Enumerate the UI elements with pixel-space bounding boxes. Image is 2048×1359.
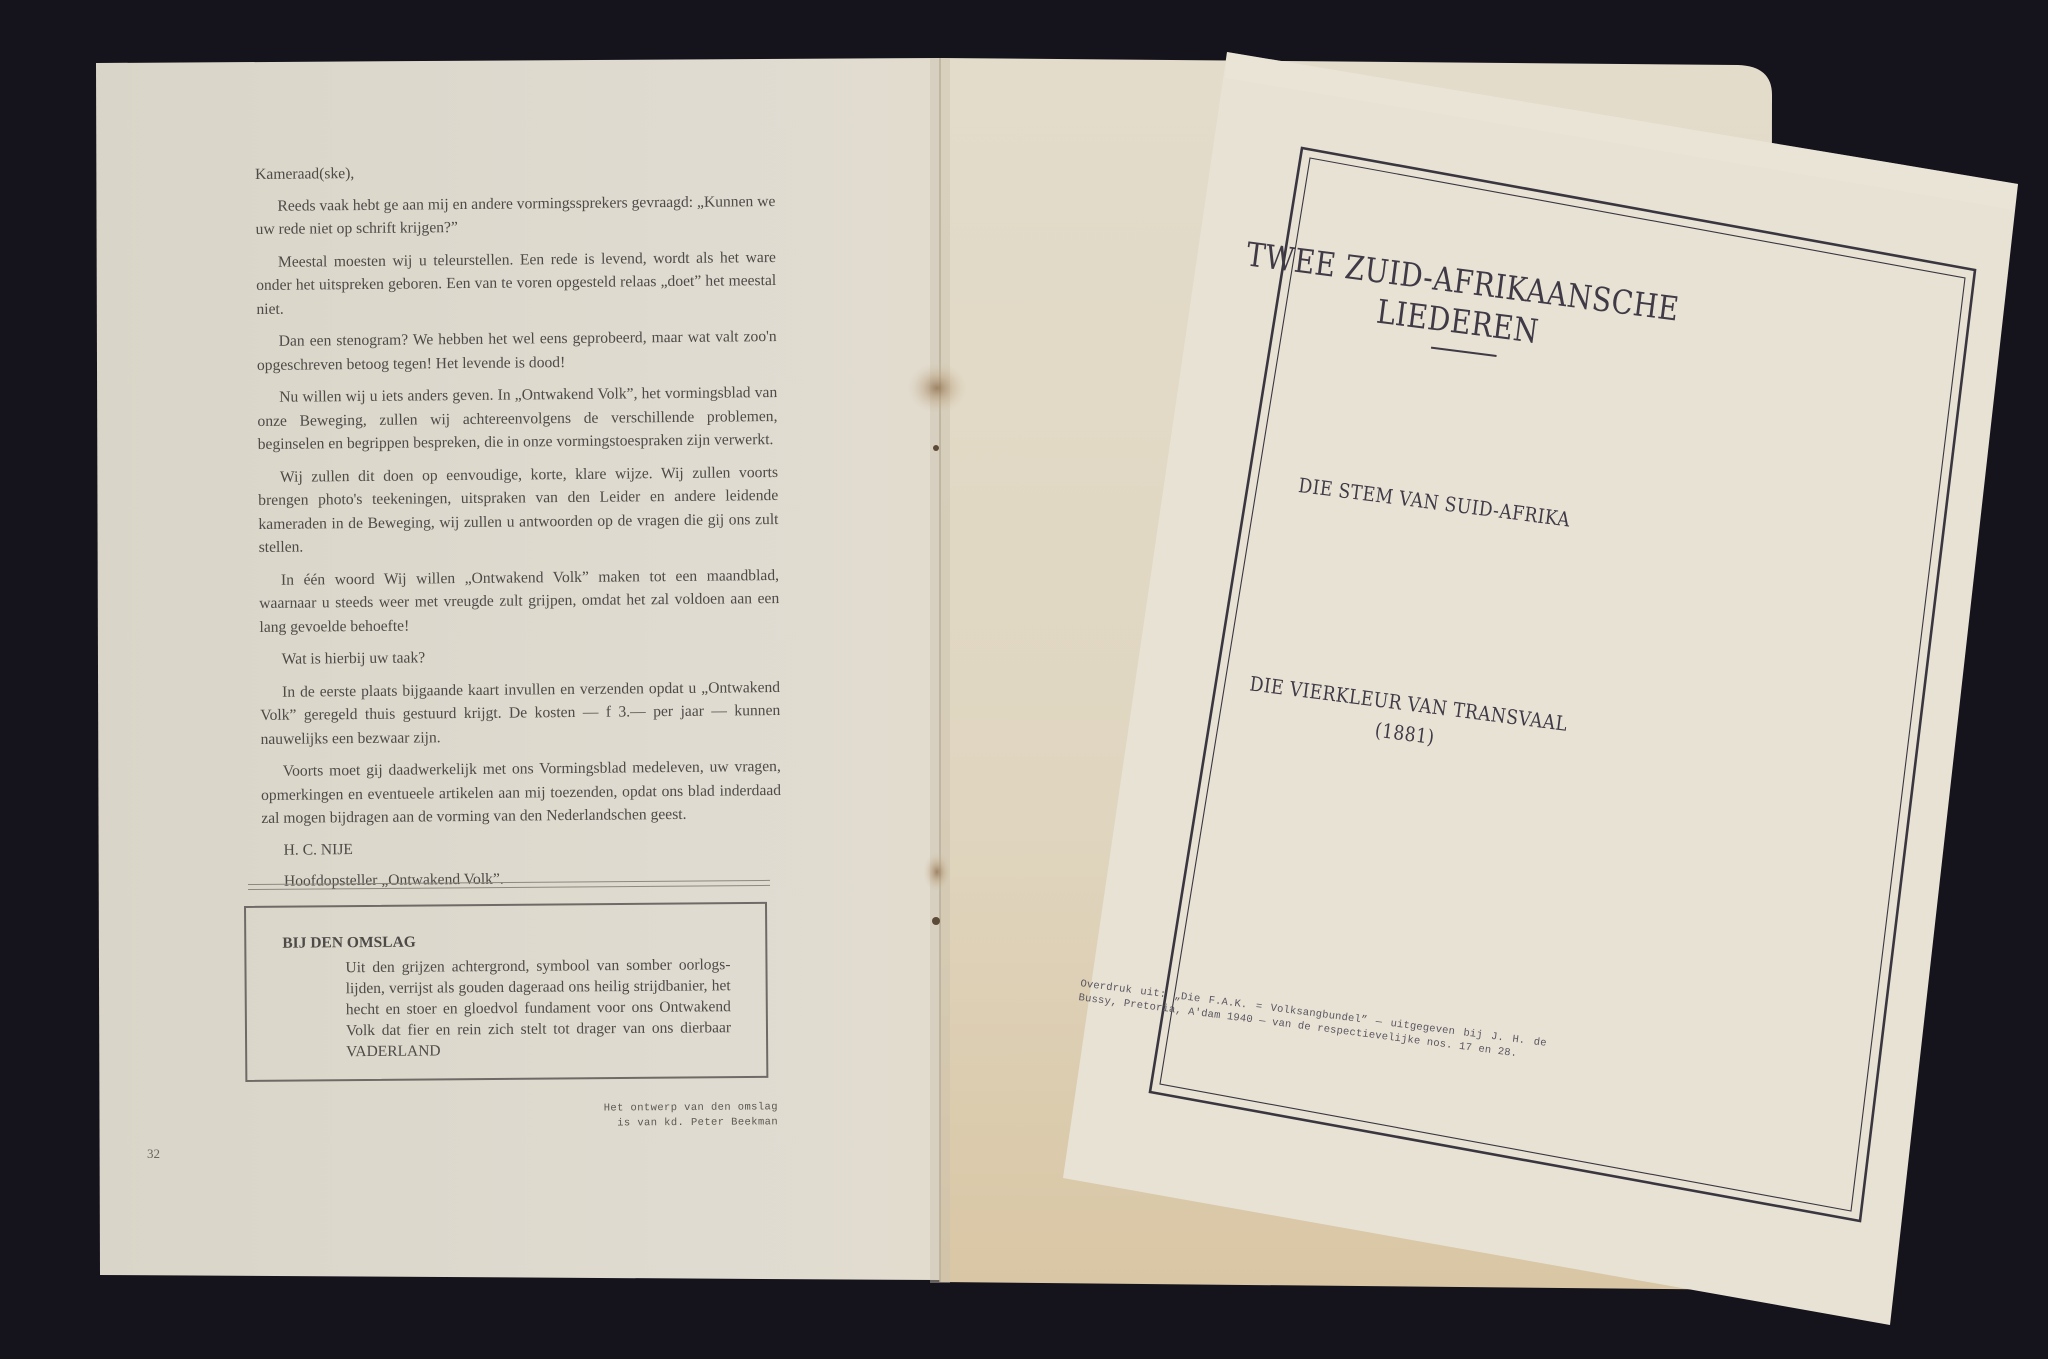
- omslag-title: BIJ DEN OMSLAG: [282, 934, 416, 953]
- song-title-1: DIE STEM VAN SUID-AFRIKA: [1211, 462, 1658, 543]
- credit-line-1: Het ontwerp van den omslag: [588, 1100, 778, 1116]
- omslag-box: BIJ DEN OMSLAG Uit den grijzen achtergro…: [244, 902, 768, 1082]
- sheet-content: TWEE ZUID-AFRIKAANSCHE LIEDEREN DIE STEM…: [1093, 130, 2048, 1249]
- paragraph: Wat is hierbij uw taak?: [260, 643, 780, 671]
- paragraph: In één woord Wij willen „Ontwakend Volk”…: [259, 563, 780, 638]
- song-title-2: DIE VIERKLEUR VAN TRANSVAAL (1881): [1181, 660, 1632, 776]
- salutation: Kameraad(ske),: [255, 158, 775, 186]
- cover-design-credit: Het ontwerp van den omslag is van kd. Pe…: [588, 1100, 778, 1131]
- paragraph: Meestal moesten wij u teleurstellen. Een…: [256, 246, 777, 321]
- paragraph: Voorts moet gij daadwerkelijk met ons Vo…: [261, 755, 782, 830]
- omslag-body: Uit den grijzen achtergrond, symbool van…: [345, 954, 731, 1062]
- paragraph: Reeds vaak hebt ge aan mij en andere vor…: [255, 190, 775, 242]
- paragraph: Wij zullen dit doen op eenvoudige, korte…: [258, 460, 779, 559]
- reprint-footnote: Overdruk uit: „Die F.A.K. = Volksangbund…: [1078, 977, 1548, 1064]
- paragraph: In de eerste plaats bijgaande kaart invu…: [260, 675, 781, 750]
- title-rule: [1431, 347, 1497, 357]
- paragraph: Dan een stenogram? We hebben het wel een…: [257, 325, 777, 377]
- page-number: 32: [147, 1146, 160, 1162]
- paragraph: Nu willen wij u iets anders geven. In „O…: [257, 381, 778, 456]
- left-page-letter: Kameraad(ske), Reeds vaak hebt ge aan mi…: [255, 158, 782, 901]
- signature-name: H. C. NIJE: [261, 834, 781, 861]
- credit-line-2: is van kd. Peter Beekman: [588, 1115, 778, 1131]
